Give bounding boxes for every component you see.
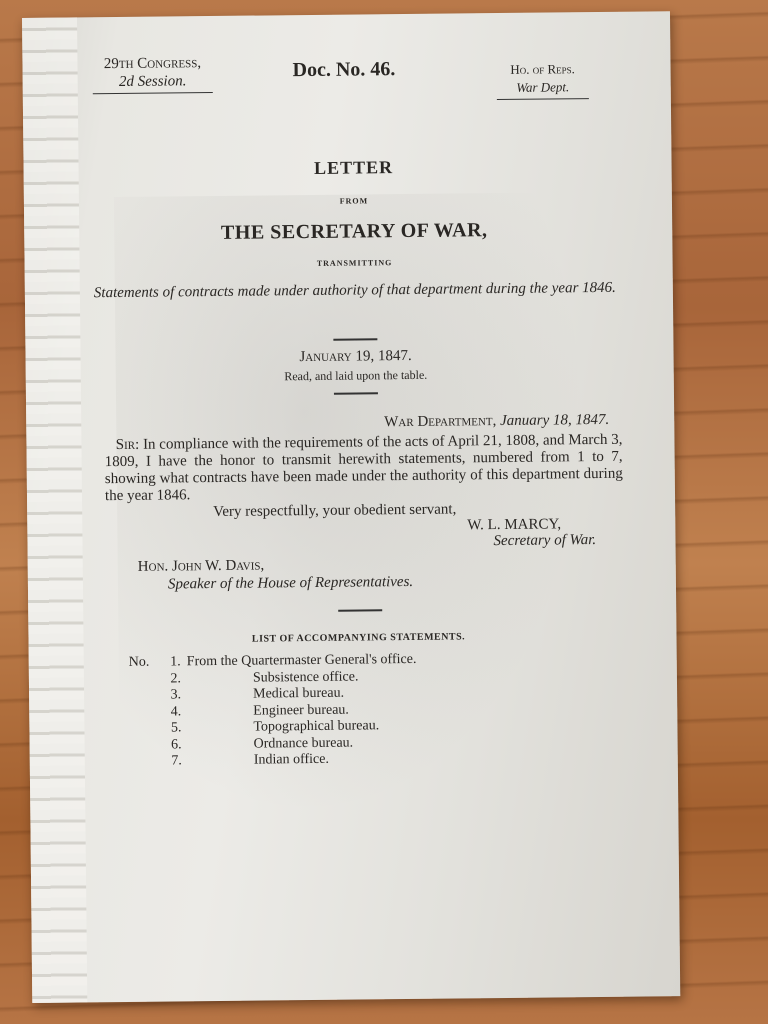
letter-title: LETTER	[83, 155, 623, 182]
statements-list: No. 1. From the Quartermaster General's …	[129, 652, 418, 771]
dateline-place: War Department,	[384, 413, 496, 430]
dateline-date: January 18, 1847.	[500, 412, 609, 429]
dept-label: War Dept.	[497, 78, 589, 100]
house-label: Ho. of Reps.	[496, 60, 588, 79]
list-item: 7. Indian office.	[130, 751, 418, 771]
congress-session-header: 29th Congress, 2d Session.	[92, 54, 212, 94]
list-number: 7.	[160, 753, 182, 770]
list-number: 3.	[159, 687, 181, 704]
letter-body: Sir: In compliance with the requirements…	[104, 432, 623, 505]
list-number: 1.	[159, 654, 181, 671]
list-item: No. 1. From the Quartermaster General's …	[129, 652, 417, 672]
list-label: Engineer bureau.	[187, 702, 349, 720]
letter-text: In compliance with the requirements of t…	[105, 432, 623, 504]
list-label: Subsistence office.	[187, 669, 359, 687]
salutation: Sir:	[116, 437, 140, 453]
list-label: From the Quartermaster General's office.	[187, 652, 417, 671]
list-number: 5.	[159, 720, 181, 737]
session-label: 2d Session.	[93, 72, 213, 94]
list-label: Ordnance bureau.	[188, 735, 354, 753]
list-number: 2.	[159, 671, 181, 688]
list-item: 5. Topographical bureau.	[129, 718, 417, 738]
list-label: Indian office.	[188, 752, 329, 770]
list-label: Topographical bureau.	[187, 718, 379, 737]
document-page: 29th Congress, 2d Session. Doc. No. 46. …	[22, 11, 680, 1003]
list-number: 4.	[159, 704, 181, 721]
list-label: Medical bureau.	[187, 686, 344, 704]
list-number: 6.	[160, 737, 182, 754]
doc-number: Doc. No. 46.	[292, 60, 395, 79]
congress-label: 29th Congress,	[92, 54, 212, 73]
list-prefix: No.	[129, 655, 159, 672]
house-dept-header: Ho. of Reps. War Dept.	[496, 60, 588, 100]
